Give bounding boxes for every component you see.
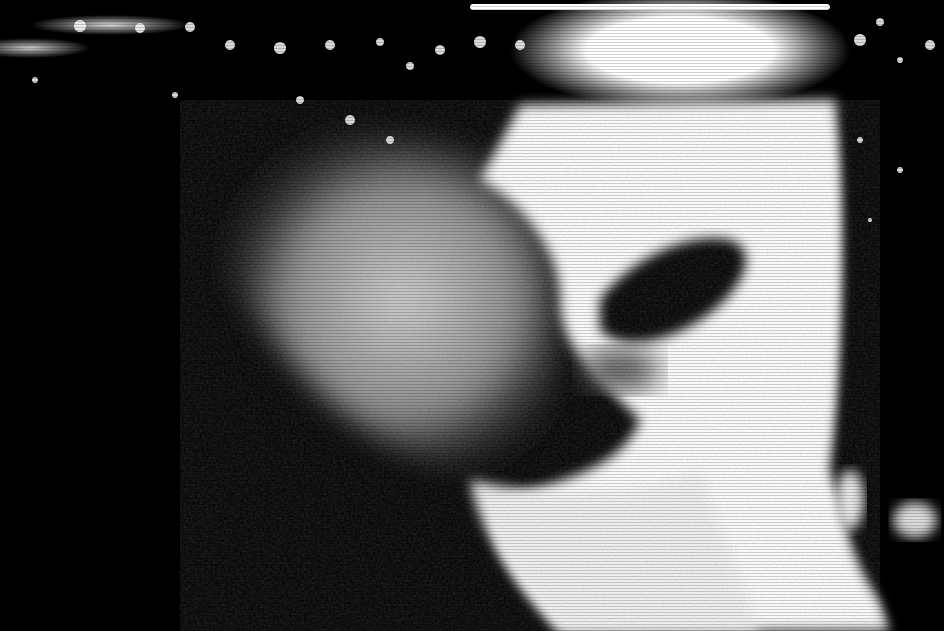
photo-frame: [0, 0, 944, 631]
face-illustration: [0, 0, 944, 631]
